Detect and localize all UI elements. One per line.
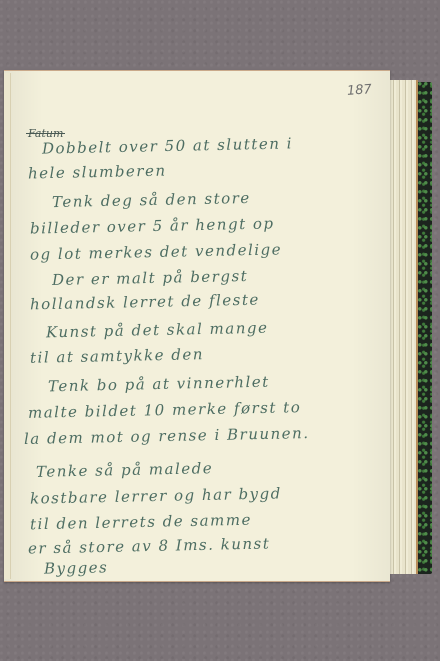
handwritten-line: til den lerrets de samme xyxy=(30,511,252,534)
notebook: 187 Fatum Dobbelt over 50 at slutten i h… xyxy=(0,70,432,580)
handwritten-line: hollandsk lerret de fleste xyxy=(30,291,260,314)
page-edges xyxy=(390,80,418,574)
handwritten-signature: Bygges xyxy=(44,558,109,577)
handwritten-line: Der er malt på bergst xyxy=(52,267,249,289)
marbled-cover-edge xyxy=(418,82,432,574)
facing-page-edge xyxy=(4,73,11,579)
handwritten-line: og lot merkes det vendelige xyxy=(30,240,282,263)
handwritten-line: la dem mot og rense i Bruunen. xyxy=(24,424,310,448)
notebook-page: 187 Fatum Dobbelt over 50 at slutten i h… xyxy=(4,70,390,582)
handwritten-line: Dobbelt over 50 at slutten i xyxy=(42,134,293,157)
handwritten-line: til at samtykke den xyxy=(30,345,204,367)
handwritten-line: Tenk deg så den store xyxy=(52,189,251,211)
handwritten-line: kostbare lerrer og har bygd xyxy=(30,484,282,507)
handwritten-line: Kunst på det skal mange xyxy=(46,319,269,342)
handwritten-line: er så store av 8 Ims. kunst xyxy=(28,534,271,557)
page-number: 187 xyxy=(347,82,373,99)
handwritten-line: hele slumberen xyxy=(28,162,167,183)
handwritten-line: billeder over 5 år hengt op xyxy=(30,214,275,237)
handwritten-line: Tenk bo på at vinnerhlet xyxy=(48,373,270,396)
struck-header-word: Fatum xyxy=(28,127,63,140)
handwritten-line: Tenke så på malede xyxy=(36,459,213,481)
handwritten-line: malte bildet 10 merke først to xyxy=(28,398,302,422)
